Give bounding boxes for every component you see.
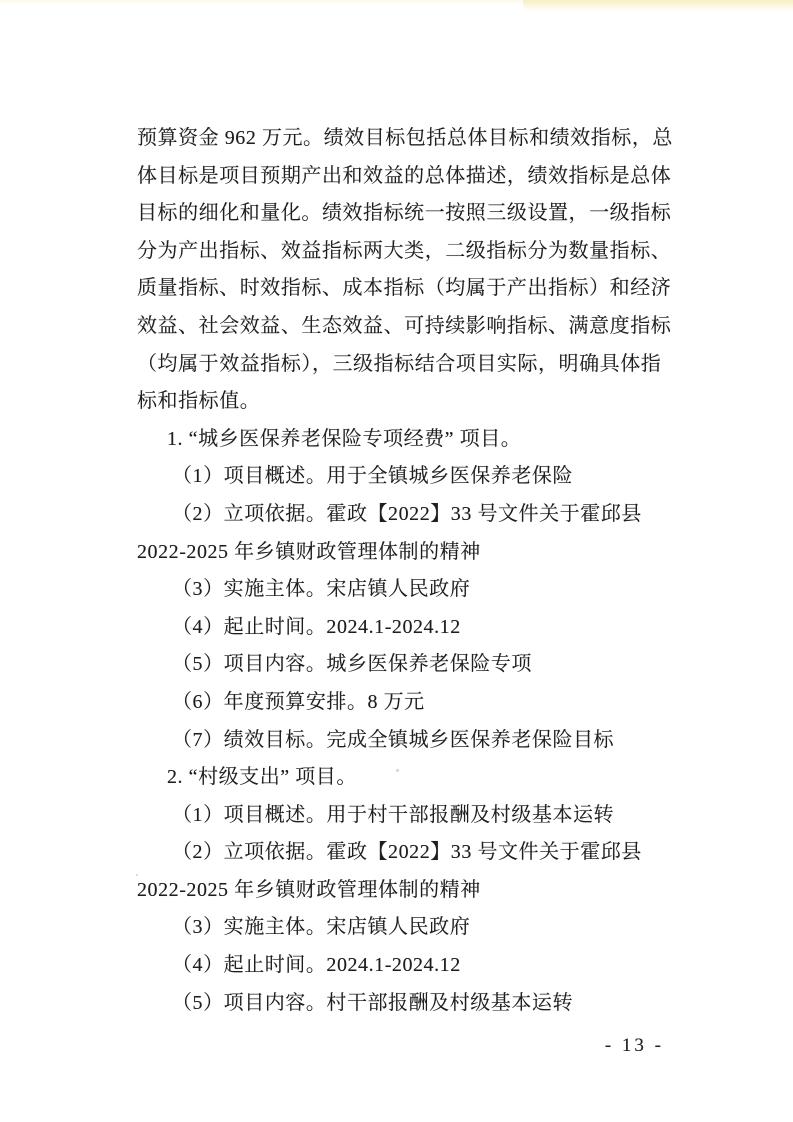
page-number: - 13 - (137, 1033, 664, 1059)
text-line: （5）项目内容。城乡医保养老保险专项 (137, 646, 664, 684)
text-line: （7）绩效目标。完成全镇城乡医保养老保险目标 (137, 722, 664, 760)
document-page: 预算资金 962 万元。绩效目标包括总体目标和绩效指标，总体目标是项目预期产出和… (0, 0, 793, 1122)
text-line: 2022-2025 年乡镇财政管理体制的精神 (137, 534, 664, 572)
text-line: （5）项目内容。村干部报酬及村级基本运转 (137, 985, 664, 1023)
scan-corner-tint (523, 0, 793, 12)
text-line: 1. “城乡医保养老保险专项经费” 项目。 (137, 421, 664, 459)
text-line: 标和指标值。 (137, 383, 664, 421)
text-line: 体目标是项目预期产出和效益的总体描述，绩效指标是总体 (137, 158, 664, 196)
text-line: 效益、社会效益、生态效益、可持续影响指标、满意度指标 (137, 308, 664, 346)
text-line: （3）实施主体。宋店镇人民政府 (137, 571, 664, 609)
text-line: 分为产出指标、效益指标两大类，二级指标分为数量指标、 (137, 233, 664, 271)
text-line: 目标的细化和量化。绩效指标统一按照三级设置，一级指标 (137, 195, 664, 233)
text-line: （3）实施主体。宋店镇人民政府 (137, 909, 664, 947)
text-line: （1）项目概述。用于全镇城乡医保养老保险 (137, 458, 664, 496)
text-line: （4）起止时间。2024.1-2024.12 (137, 947, 664, 985)
text-line: （1）项目概述。用于村干部报酬及村级基本运转 (137, 797, 664, 835)
text-line: （均属于效益指标），三级指标结合项目实际，明确具体指 (137, 346, 664, 384)
text-line: （2）立项依据。霍政【2022】33 号文件关于霍邱县 (137, 834, 664, 872)
text-line: （2）立项依据。霍政【2022】33 号文件关于霍邱县 (137, 496, 664, 534)
text-line: 质量指标、时效指标、成本指标（均属于产出指标）和经济 (137, 270, 664, 308)
document-body: 预算资金 962 万元。绩效目标包括总体目标和绩效指标，总体目标是项目预期产出和… (137, 120, 664, 1022)
text-line: 预算资金 962 万元。绩效目标包括总体目标和绩效指标，总 (137, 120, 664, 158)
text-line: 2022-2025 年乡镇财政管理体制的精神 (137, 872, 664, 910)
text-line: 2. “村级支出” 项目。 (137, 759, 664, 797)
scan-edge-tint (0, 0, 793, 6)
text-line: （4）起止时间。2024.1-2024.12 (137, 609, 664, 647)
text-line: （6）年度预算安排。8 万元 (137, 684, 664, 722)
